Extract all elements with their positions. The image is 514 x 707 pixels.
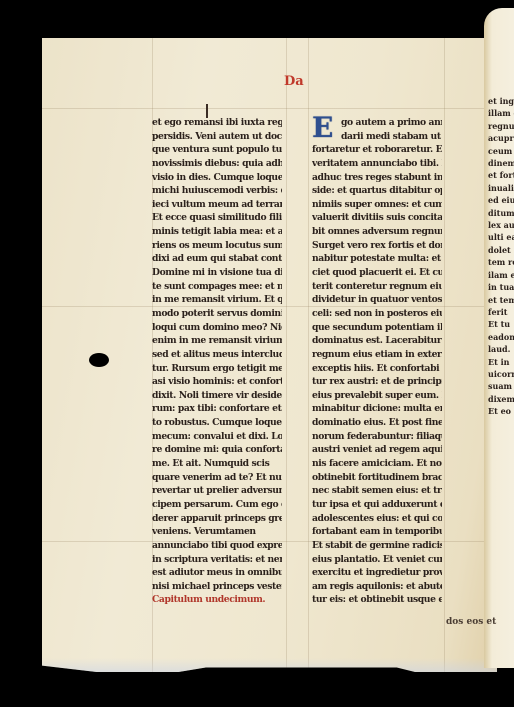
text-line: nabitur potestate multa: et fa	[312, 252, 442, 266]
text-line: Capitulum undecimum.	[152, 593, 282, 607]
text-line: valuerit divitiis suis concita	[312, 211, 442, 225]
text-line: austri veniet ad regem aquilo	[312, 443, 442, 457]
text-line: nec stabit semen eius: et trade	[312, 484, 442, 498]
text-line: dinem a	[488, 157, 514, 169]
text-line: Domine mi in visione tua dissolu	[152, 266, 282, 280]
text-line: michi huiuscemodi verbis: de	[152, 184, 282, 198]
text-line: ciet quod placuerit ei. Et cum ste	[312, 266, 442, 280]
text-line: fortaretur et roboraretur. Et nunc	[312, 143, 442, 157]
text-line: rum: pax tibi: confortare et es	[152, 402, 282, 416]
text-line: eius prevalebit super eum. Et do	[312, 389, 442, 403]
text-line: bit omnes adversum regnum grecie.	[312, 225, 442, 239]
text-line: ferit	[488, 306, 514, 318]
text-line: tem re	[488, 256, 514, 268]
text-line: darii medi stabam ut con	[341, 130, 442, 144]
text-line: dominatus est. Lacerabitur enim	[312, 334, 442, 348]
text-line: terit conteretur regnum eius: et	[312, 280, 442, 294]
text-line: visio in dies. Cumque loqueretur	[152, 171, 282, 185]
ruling-line	[42, 108, 497, 109]
text-line: que secundum potentiam illius qua	[312, 321, 442, 335]
text-line: revertar ut prelier adversum prin	[152, 484, 282, 498]
text-line: minis tetigit labia mea: et ape	[152, 225, 282, 239]
text-line: que ventura sunt populo tuo in	[152, 143, 282, 157]
text-line: in tuam	[488, 281, 514, 293]
text-line: to robustus. Cumque loqueretur	[152, 416, 282, 430]
text-line: Et tu	[488, 318, 514, 330]
text-line: annunciabo tibi quod expressum est	[152, 539, 282, 553]
text-line: te sunt compages mee: et nichil	[152, 280, 282, 294]
text-line: re domine mi: quia confortasti	[152, 443, 282, 457]
text-line: obtinebit fortitudinem brachii:	[312, 471, 442, 485]
text-line: ditum	[488, 207, 514, 219]
text-line: Et eo	[488, 405, 514, 417]
text-line: me. Et ait. Numquid scis	[152, 457, 282, 471]
text-line: et ingre	[488, 95, 514, 107]
text-line: ieci vultum meum ad terram et tacui.	[152, 198, 282, 212]
text-line: uicorn	[488, 368, 514, 380]
text-line: exercitu et ingredietur provinci	[312, 566, 442, 580]
text-line: illam et	[488, 107, 514, 119]
text-line: in me remansit virium. Et quo	[152, 293, 282, 307]
text-line: persidis. Veni autem ut docerem te	[152, 130, 282, 144]
text-line: et tem	[488, 294, 514, 306]
text-line: go autem a primo anno	[341, 116, 442, 130]
text-line: veniens. Verumtamen	[152, 525, 282, 539]
text-line: enim in me remansit virium;	[152, 334, 282, 348]
text-line: eius plantatio. Et veniet cum	[312, 553, 442, 567]
text-line: loqui cum domino meo? Nichil	[152, 321, 282, 335]
text-line: novissimis diebus: quia adhuc	[152, 157, 282, 171]
text-line: nimiis super omnes: et cum in	[312, 198, 442, 212]
text-line: dividetur in quatuor ventos	[312, 293, 442, 307]
next-leaf-text: et ingreillam etregnumacupremceum utdine…	[488, 95, 514, 418]
text-line: Surget vero rex fortis et domi	[312, 239, 442, 253]
text-line: cipem persarum. Cum ego egre	[152, 498, 282, 512]
text-column-left: et ego remansi ibi iuxta regempersidis. …	[152, 116, 282, 607]
text-line: est adiutor meus in omnibus his	[152, 566, 282, 580]
text-line: tur eis: et obtinebit usque et	[312, 593, 442, 607]
text-line: dixem	[488, 393, 514, 405]
parchment-hole	[89, 353, 109, 367]
text-line: inuali	[488, 182, 514, 194]
text-line: regnum	[488, 120, 514, 132]
text-line: adolescentes eius: et qui con	[312, 512, 442, 526]
text-line: modo poterit servus domini mei	[152, 307, 282, 321]
text-line: Et in	[488, 356, 514, 368]
text-line: ilam et	[488, 269, 514, 281]
ruling-line	[444, 38, 445, 672]
text-line: in scriptura veritatis: et nemo	[152, 553, 282, 567]
text-line: riens os meum locutus sum: et	[152, 239, 282, 253]
catchword: dos eos et	[446, 617, 496, 627]
text-line: am regis aquilonis: et abute	[312, 580, 442, 594]
text-line: sed et alitus meus intercludi	[152, 348, 282, 362]
text-line: nis facere amiciciam. Et non	[312, 457, 442, 471]
text-line: Et ecce quasi similitudo filii ho	[152, 211, 282, 225]
text-line: fortabant eam in temporibus.	[312, 525, 442, 539]
text-line: ulti ea	[488, 231, 514, 243]
text-line: asi visio hominis: et confortavit me et	[152, 375, 282, 389]
ruling-line	[286, 38, 287, 672]
text-line: side: et quartus ditabitur opibus	[312, 184, 442, 198]
text-line: exceptis hiis. Et confortabi	[312, 362, 442, 376]
text-line: et ego remansi ibi iuxta regem	[152, 116, 282, 130]
text-line: tur ipsa et qui adduxerunt eam	[312, 498, 442, 512]
text-line: derer apparuit princeps grecorum	[152, 512, 282, 526]
text-line: regnum eius etiam in externos:	[312, 348, 442, 362]
text-line: mecum: convalui et dixi. Loque	[152, 430, 282, 444]
text-line: dixit. Noli timere vir desiderio	[152, 389, 282, 403]
text-line: acuprem	[488, 132, 514, 144]
decorated-initial: E	[312, 114, 338, 142]
ruling-line	[308, 38, 309, 672]
text-line: tur. Rursum ergo tetigit me qu	[152, 362, 282, 376]
text-line: suam	[488, 380, 514, 392]
text-line: dolet	[488, 244, 514, 256]
text-line: dominatio eius. Et post finem an	[312, 416, 442, 430]
text-line: adhuc tres reges stabunt in per	[312, 171, 442, 185]
text-line: dixi ad eum qui stabat contra me.	[152, 252, 282, 266]
text-line: laud.	[488, 343, 514, 355]
text-line: norum federabuntur: filiaque regis	[312, 430, 442, 444]
running-header: Da	[284, 74, 304, 89]
text-line: celi: sed non in posteros eius ne	[312, 307, 442, 321]
text-line: ceum ut	[488, 145, 514, 157]
text-line: tur rex austri: et de principibus	[312, 375, 442, 389]
text-line: et fortis	[488, 169, 514, 181]
text-line: minabitur dicione: multa enim	[312, 402, 442, 416]
text-column-right: E go autem a primo annodarii medi stabam…	[312, 116, 442, 607]
text-line: veritatem annunciabo tibi. Ecce	[312, 157, 442, 171]
text-line: nisi michael princeps vester.	[152, 580, 282, 594]
text-line: Et stabit de germine radicis	[312, 539, 442, 553]
text-line: ed eius	[488, 194, 514, 206]
text-line: eadom	[488, 331, 514, 343]
text-line: lex aut	[488, 219, 514, 231]
text-line: quare venerim ad te? Et nunc	[152, 471, 282, 485]
